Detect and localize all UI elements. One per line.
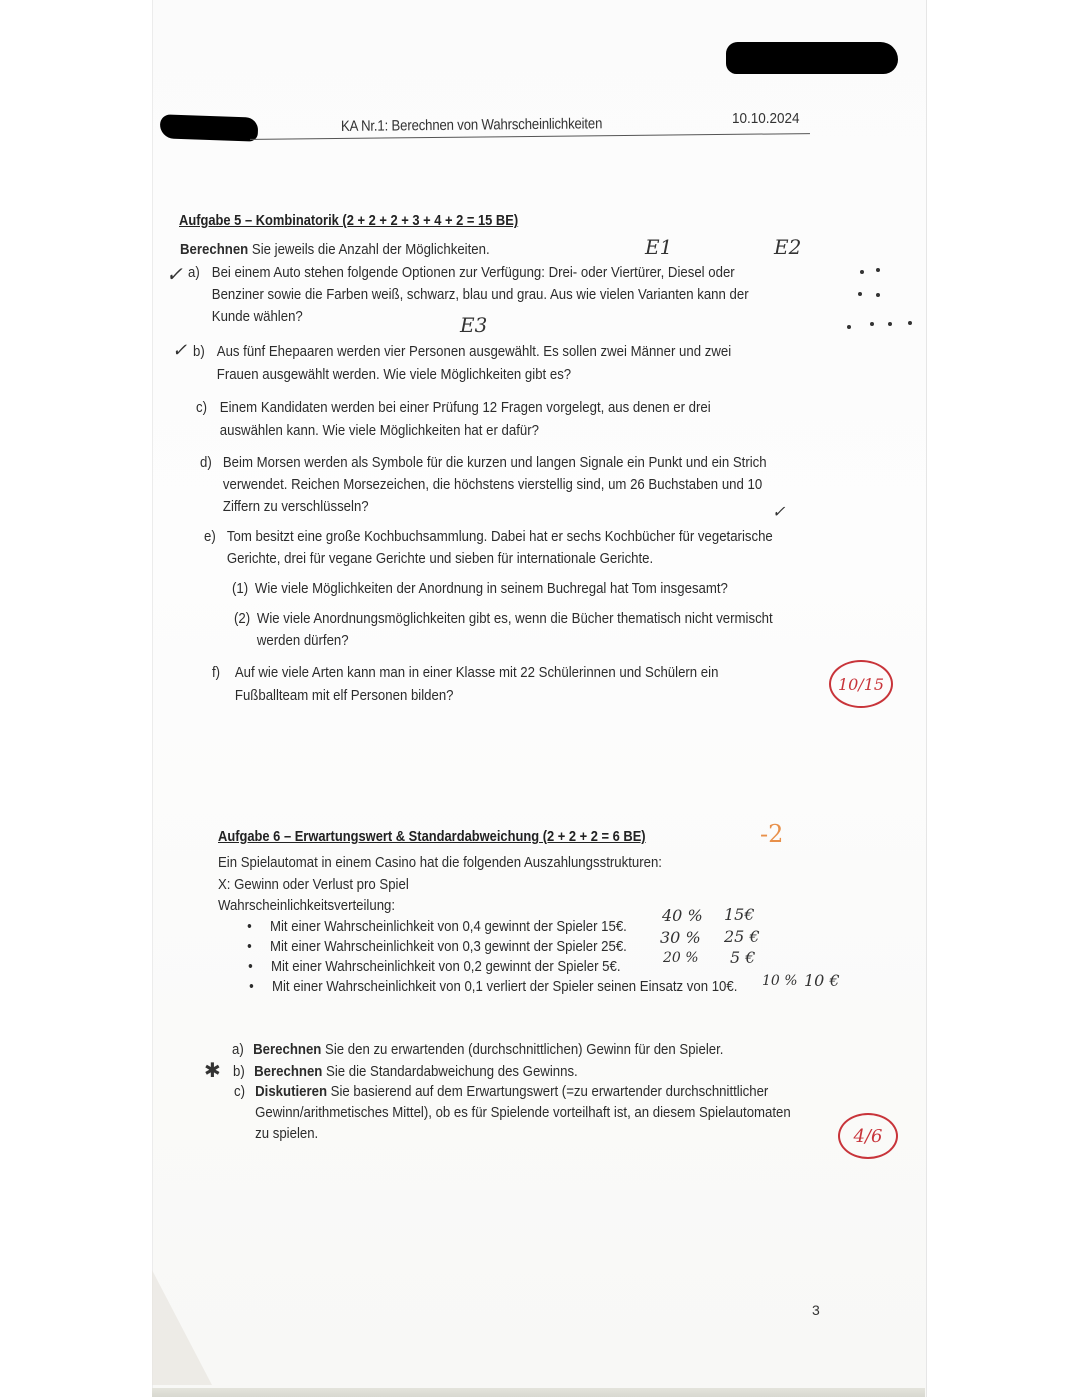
- distribution-item: Mit einer Wahrscheinlichkeit von 0,4 gew…: [270, 916, 627, 938]
- distribution-item: Mit einer Wahrscheinlichkeit von 0,3 gew…: [270, 936, 627, 958]
- note-value: 25 €: [724, 927, 760, 946]
- task5-item-a: a) Bei einem Auto stehen folgende Option…: [188, 262, 200, 284]
- paper-fold: [152, 1270, 212, 1385]
- line: zu spielen.: [255, 1123, 318, 1145]
- line: Wie viele Möglichkeiten der Anordnung in…: [255, 578, 728, 600]
- task5-item-d: d) Beim Morsen werden als Symbole für di…: [200, 452, 212, 474]
- note-percent: 20 %: [663, 950, 699, 966]
- line: Fußballteam mit elf Personen bilden?: [235, 685, 454, 707]
- task6-question-a: a) Berechnen Sie den zu erwartenden (dur…: [232, 1039, 244, 1061]
- line: Berechnen Sie den zu erwartenden (durchs…: [253, 1039, 723, 1061]
- margin-dot: [847, 325, 851, 329]
- line: Frauen ausgewählt werden. Wie viele Mögl…: [217, 364, 571, 386]
- line: auswählen kann. Wie viele Möglichkeiten …: [220, 420, 539, 442]
- line: Bei einem Auto stehen folgende Optionen …: [212, 262, 735, 284]
- task6-intro-3: Wahrscheinlichkeitsverteilung:: [218, 895, 395, 917]
- line: Aus fünf Ehepaaren werden vier Personen …: [217, 341, 731, 363]
- task5-heading: Aufgabe 5 – Kombinatorik (2 + 2 + 2 + 3 …: [179, 212, 518, 229]
- check-icon: ✓: [166, 262, 183, 286]
- line: Beim Morsen werden als Symbole für die k…: [223, 452, 767, 474]
- margin-dot: [876, 293, 880, 297]
- margin-dot: [888, 322, 892, 326]
- margin-dot: [870, 322, 874, 326]
- check-icon: ✓: [172, 340, 187, 361]
- exam-title: KA Nr.1: Berechnen von Wahrscheinlichkei…: [341, 115, 602, 135]
- exam-date: 10.10.2024: [732, 110, 800, 127]
- score-task6: 4/6: [838, 1113, 898, 1159]
- task5-item-c: c) Einem Kandidaten werden bei einer Prü…: [196, 397, 207, 419]
- line: werden dürfen?: [257, 630, 349, 652]
- task6-question-b: b) Berechnen Sie die Standardabweichung …: [233, 1061, 245, 1083]
- line: Diskutieren Sie basierend auf dem Erwart…: [255, 1081, 768, 1103]
- line: Tom besitzt eine große Kochbuchsammlung.…: [227, 526, 773, 548]
- margin-dot: [908, 321, 912, 325]
- redaction-mark: [160, 114, 259, 141]
- note-percent: 40 %: [662, 906, 703, 925]
- page-number: 3: [812, 1302, 820, 1318]
- annotation-e2: E2: [774, 235, 801, 259]
- note-value: 15€: [724, 905, 755, 924]
- check-icon: ✓: [772, 502, 785, 521]
- line: verwendet. Reichen Morsezeichen, die höc…: [223, 474, 762, 496]
- paper-edge: [152, 1388, 925, 1397]
- note-value: 10 €: [804, 971, 840, 990]
- line: Gerichte, drei für vegane Gerichte und s…: [227, 548, 653, 570]
- margin-dot: [858, 292, 862, 296]
- note-value: 5 €: [730, 948, 755, 967]
- task6-question-c: c) Diskutieren Sie basierend auf dem Erw…: [234, 1081, 245, 1103]
- line: Wie viele Anordnungsmöglichkeiten gibt e…: [257, 608, 773, 630]
- task6-intro-1: Ein Spielautomat in einem Casino hat die…: [218, 852, 662, 874]
- task5-item-e: e) Tom besitzt eine große Kochbuchsammlu…: [204, 526, 216, 548]
- task5-item-f: f) Auf wie viele Arten kann man in einer…: [212, 662, 220, 684]
- task5-intro: Berechnen Sie jeweils die Anzahl der Mög…: [180, 239, 490, 261]
- task5-item-e2: (2) Wie viele Anordnungsmöglichkeiten gi…: [234, 608, 250, 630]
- line: Kunde wählen?: [212, 306, 303, 328]
- margin-dot: [860, 270, 864, 274]
- line: Einem Kandidaten werden bei einer Prüfun…: [220, 397, 711, 419]
- distribution-item: Mit einer Wahrscheinlichkeit von 0,1 ver…: [272, 976, 737, 998]
- task5-item-e1: (1) Wie viele Möglichkeiten der Anordnun…: [232, 578, 248, 600]
- task5-item-b: b) Aus fünf Ehepaaren werden vier Person…: [193, 341, 205, 363]
- star-icon: ✱: [204, 1058, 221, 1082]
- task6-heading: Aufgabe 6 – Erwartungswert & Standardabw…: [218, 828, 646, 845]
- line: Benziner sowie die Farben weiß, schwarz,…: [212, 284, 749, 306]
- deduction-mark: -2: [760, 820, 783, 848]
- line: Berechnen Sie die Standardabweichung des…: [254, 1061, 578, 1083]
- distribution-item: Mit einer Wahrscheinlichkeit von 0,2 gew…: [271, 956, 620, 978]
- task6-intro-2: X: Gewinn oder Verlust pro Spiel: [218, 874, 409, 896]
- line: Ziffern zu verschlüsseln?: [223, 496, 369, 518]
- line: Gewinn/arithmetisches Mittel), ob es für…: [255, 1102, 791, 1124]
- note-percent: 30 %: [660, 928, 701, 947]
- annotation-e3: E3: [460, 313, 487, 337]
- note-percent: 10 %: [762, 973, 798, 989]
- line: Auf wie viele Arten kann man in einer Kl…: [235, 662, 719, 684]
- redaction-mark: [726, 42, 898, 74]
- score-task5: 10/15: [829, 660, 893, 708]
- annotation-e1: E1: [645, 235, 672, 259]
- margin-dot: [876, 268, 880, 272]
